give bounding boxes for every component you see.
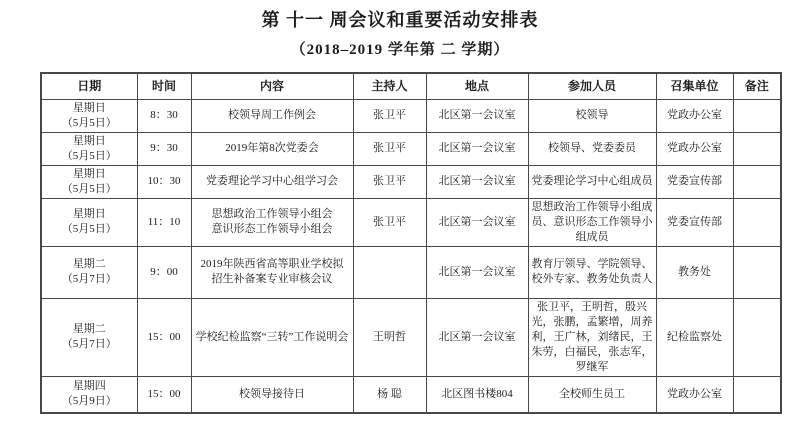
- table-cell: 北区第一会议室: [426, 99, 528, 132]
- table-cell: 10：30: [137, 165, 191, 198]
- table-cell: 星期日 （5月5日）: [41, 165, 137, 198]
- table-cell: 校领导周工作例会: [191, 99, 353, 132]
- table-cell: 2019年第8次党委会: [191, 132, 353, 165]
- table-cell: [733, 376, 781, 413]
- table-cell: 北区第一会议室: [426, 165, 528, 198]
- table-cell: 党委理论学习中心组学习会: [191, 165, 353, 198]
- table-cell: 校领导、党委委员: [528, 132, 656, 165]
- table-cell: [733, 298, 781, 376]
- table-cell: 星期日 （5月5日）: [41, 99, 137, 132]
- table-cell: 全校师生员工: [528, 376, 656, 413]
- column-header: 时间: [137, 73, 191, 99]
- table-cell: 北区图书楼804: [426, 376, 528, 413]
- table-cell: 北区第一会议室: [426, 298, 528, 376]
- table-cell: 张卫平: [353, 99, 426, 132]
- page-subtitle: （2018–2019 学年第 二 学期）: [0, 38, 800, 59]
- table-cell: [733, 132, 781, 165]
- table-row: 星期日 （5月5日）9：302019年第8次党委会张卫平北区第一会议室校领导、党…: [41, 132, 781, 165]
- table-cell: 党委宣传部: [656, 198, 733, 246]
- table-cell: 9：00: [137, 246, 191, 298]
- table-cell: 党政办公室: [656, 376, 733, 413]
- column-header: 内容: [191, 73, 353, 99]
- table-cell: 张卫平: [353, 198, 426, 246]
- column-header: 召集单位: [656, 73, 733, 99]
- table-cell: 11：10: [137, 198, 191, 246]
- table-cell: 8：30: [137, 99, 191, 132]
- table-cell: 思想政治工作领导小组成员、意识形态工作领导小组成员: [528, 198, 656, 246]
- column-header: 参加人员: [528, 73, 656, 99]
- column-header: 地点: [426, 73, 528, 99]
- table-cell: 校领导: [528, 99, 656, 132]
- table-cell: 9：30: [137, 132, 191, 165]
- table-cell: [733, 246, 781, 298]
- table-cell: 校领导接待日: [191, 376, 353, 413]
- table-cell: [733, 198, 781, 246]
- table-cell: 星期二 （5月7日）: [41, 246, 137, 298]
- table-cell: 星期日 （5月5日）: [41, 132, 137, 165]
- column-header: 备注: [733, 73, 781, 99]
- table-row: 星期四 （5月9日）15：00校领导接待日杨 聪北区图书楼804全校师生员工党政…: [41, 376, 781, 413]
- table-cell: 党政办公室: [656, 99, 733, 132]
- table-cell: 党政办公室: [656, 132, 733, 165]
- column-header: 日期: [41, 73, 137, 99]
- table-cell: 北区第一会议室: [426, 132, 528, 165]
- table-cell: 张卫平，王明哲，殷兴光，张鹏，孟繁增，周养利，王广林，刘绪民，王朱劳，白福民，张…: [528, 298, 656, 376]
- table-cell: 学校纪检监察“三转”工作说明会: [191, 298, 353, 376]
- table-cell: 15：00: [137, 298, 191, 376]
- table-cell: 教务处: [656, 246, 733, 298]
- table-cell: 星期二 （5月7日）: [41, 298, 137, 376]
- table-cell: [733, 165, 781, 198]
- table-cell: 张卫平: [353, 165, 426, 198]
- table-cell: 杨 聪: [353, 376, 426, 413]
- table-cell: 教育厅领导、学院领导、校外专家、教务处负责人: [528, 246, 656, 298]
- table-cell: 2019年陕西省高等职业学校拟 招生补备案专业审核会议: [191, 246, 353, 298]
- table-row: 星期日 （5月5日）10：30党委理论学习中心组学习会张卫平北区第一会议室党委理…: [41, 165, 781, 198]
- table-cell: [733, 99, 781, 132]
- table-cell: [353, 246, 426, 298]
- table-header-row: 日期时间内容主持人地点参加人员召集单位备注: [41, 73, 781, 99]
- table-cell: 北区第一会议室: [426, 198, 528, 246]
- table-cell: 张卫平: [353, 132, 426, 165]
- document-page: 第 十一 周会议和重要活动安排表 （2018–2019 学年第 二 学期） 日期…: [0, 0, 800, 433]
- table-cell: 思想政治工作领导小组会 意识形态工作领导小组会: [191, 198, 353, 246]
- table-row: 星期二 （5月7日）9：002019年陕西省高等职业学校拟 招生补备案专业审核会…: [41, 246, 781, 298]
- table-cell: 纪检监察处: [656, 298, 733, 376]
- table-cell: 星期日 （5月5日）: [41, 198, 137, 246]
- table-row: 星期二 （5月7日）15：00学校纪检监察“三转”工作说明会王明哲北区第一会议室…: [41, 298, 781, 376]
- table-cell: 王明哲: [353, 298, 426, 376]
- page-title: 第 十一 周会议和重要活动安排表: [0, 6, 800, 32]
- schedule-table: 日期时间内容主持人地点参加人员召集单位备注 星期日 （5月5日）8：30校领导周…: [40, 72, 782, 414]
- table-cell: 党委宣传部: [656, 165, 733, 198]
- table-row: 星期日 （5月5日）8：30校领导周工作例会张卫平北区第一会议室校领导党政办公室: [41, 99, 781, 132]
- table-cell: 党委理论学习中心组成员: [528, 165, 656, 198]
- table-cell: 星期四 （5月9日）: [41, 376, 137, 413]
- column-header: 主持人: [353, 73, 426, 99]
- table-cell: 15：00: [137, 376, 191, 413]
- table-cell: 北区第一会议室: [426, 246, 528, 298]
- table-row: 星期日 （5月5日）11：10思想政治工作领导小组会 意识形态工作领导小组会张卫…: [41, 198, 781, 246]
- table-body: 星期日 （5月5日）8：30校领导周工作例会张卫平北区第一会议室校领导党政办公室…: [41, 99, 781, 413]
